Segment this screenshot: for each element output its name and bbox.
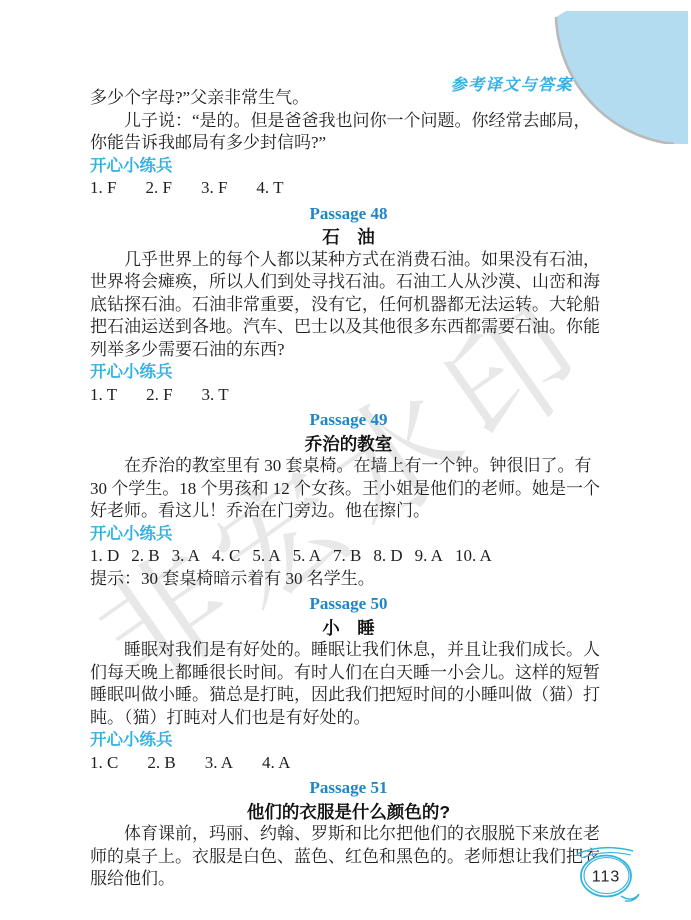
passage-title: 石 油 — [90, 226, 607, 249]
answer-item: 1. F — [90, 178, 116, 197]
answer-item: 5. A — [252, 546, 280, 565]
passage-body: 睡眠对我们是有好处的。睡眠让我们休息，并且让我们成长。人们每天晚上都睡很长时间。… — [90, 639, 607, 729]
answer-list: 1. F2. F3. F4. T — [90, 177, 607, 200]
answer-item: 1. T — [90, 385, 117, 404]
passage-title: 乔治的教室 — [90, 433, 607, 456]
passage-label: Passage 48 — [90, 203, 607, 226]
answer-item: 10. A — [455, 546, 492, 565]
answer-item: 2. B — [131, 546, 159, 565]
answer-item: 5. A — [293, 546, 321, 565]
answer-item: 3. A — [172, 546, 200, 565]
answer-item: 1. D — [90, 546, 119, 565]
answer-item: 4. T — [256, 178, 283, 197]
answer-item: 9. A — [415, 546, 443, 565]
passage-title: 他们的衣服是什么颜色的? — [90, 801, 607, 824]
passage-label: Passage 50 — [90, 593, 607, 616]
answer-item: 4. C — [212, 546, 240, 565]
answer-item: 3. F — [201, 178, 227, 197]
intro-paragraph: 儿子说：“是的。但是爸爸我也问你一个问题。你经常去邮局，你能告诉我邮局有多少封信… — [90, 110, 607, 155]
answer-item: 2. F — [145, 178, 171, 197]
practice-label: 开心小练兵 — [90, 361, 607, 384]
practice-label: 开心小练兵 — [90, 729, 607, 752]
page-content: 多少个字母?”父亲非常生气。 儿子说：“是的。但是爸爸我也问你一个问题。你经常去… — [0, 0, 691, 891]
passage-title: 小 睡 — [90, 617, 607, 640]
answer-item: 4. A — [262, 753, 290, 772]
answer-item: 2. B — [147, 753, 175, 772]
practice-label: 开心小练兵 — [90, 523, 607, 546]
answer-item: 7. B — [333, 546, 361, 565]
page-number: 113 — [592, 869, 621, 886]
answer-item: 3. T — [202, 385, 229, 404]
passage-label: Passage 49 — [90, 409, 607, 432]
practice-label: 开心小练兵 — [90, 155, 607, 178]
answer-list: 1. C2. B3. A4. A — [90, 752, 607, 775]
passage-body: 几乎世界上的每个人都以某种方式在消费石油。如果没有石油，世界将会瘫痪，所以人们到… — [90, 249, 607, 362]
page-number-emblem: 113 — [569, 844, 643, 906]
answer-item: 3. A — [205, 753, 233, 772]
page-header-title: 参考译文与答案 — [450, 72, 573, 95]
passage-body: 体育课前，玛丽、约翰、罗斯和比尔把他们的衣服脱下来放在老师的桌子上。衣服是白色、… — [90, 823, 607, 891]
answer-item: 1. C — [90, 753, 118, 772]
answer-item: 2. F — [146, 385, 172, 404]
passage-label: Passage 51 — [90, 777, 607, 800]
answer-list: 1. D2. B3. A4. C5. A5. A7. B8. D9. A10. … — [90, 545, 607, 568]
passage-body: 在乔治的教室里有 30 套桌椅。在墙上有一个钟。钟很旧了。有 30 个学生。18… — [90, 455, 607, 523]
answer-item: 8. D — [373, 546, 402, 565]
answer-hint: 提示：30 套桌椅暗示着有 30 名学生。 — [90, 568, 607, 591]
emblem-swirl-bottom — [621, 894, 639, 901]
book-page: 非宏水印 参考译文与答案 多少个字母?”父亲非常生气。 儿子说：“是的。但是爸爸… — [0, 0, 691, 920]
answer-list: 1. T2. F3. T — [90, 384, 607, 407]
